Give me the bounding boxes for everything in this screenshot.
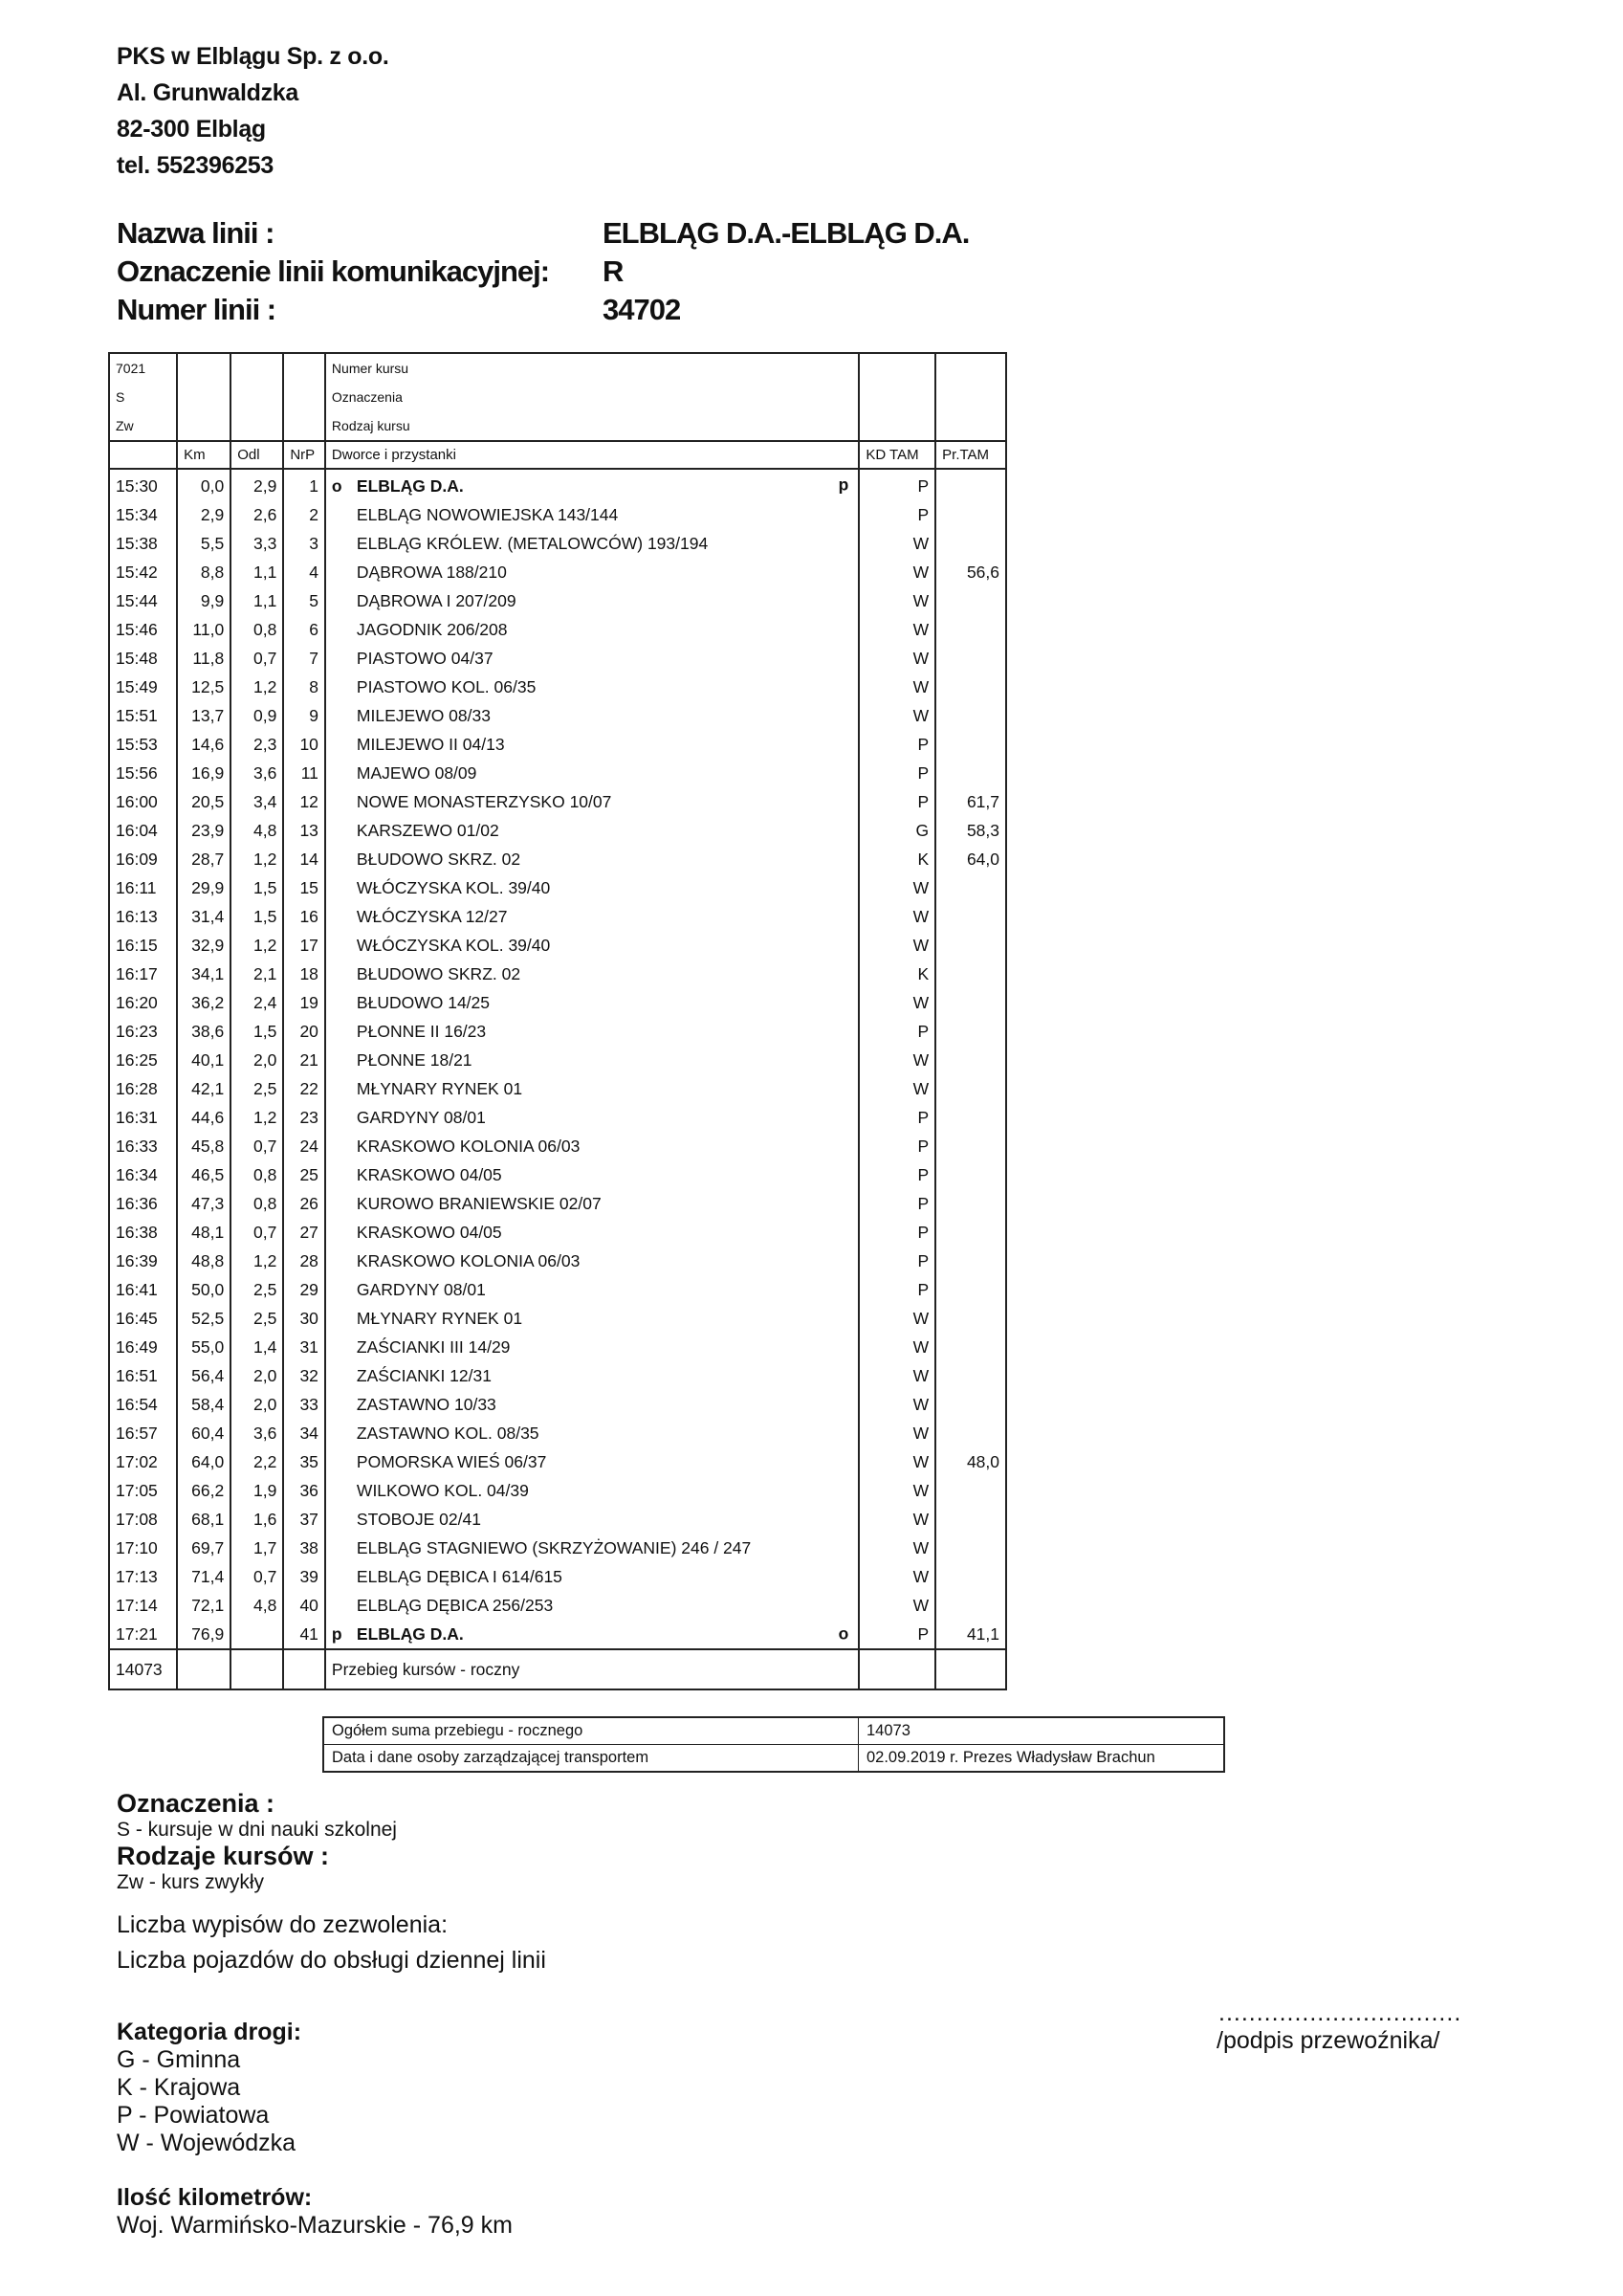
column-headers: Km Odl NrP Dworce i przystanki KD TAM Pr… [109, 441, 1006, 469]
departure-time: 16:34 [109, 1160, 177, 1189]
stop-number: 22 [283, 1074, 325, 1103]
distance: 1,1 [230, 586, 283, 615]
line-name-value: ELBLĄG D.A.-ELBLĄG D.A. [603, 214, 969, 253]
stop-name: KRASKOWO KOLONIA 06/03 [357, 1137, 580, 1157]
stop-cell: KARSZEWO 01/02 [325, 816, 859, 845]
distance: 2,5 [230, 1304, 283, 1333]
stop-name: PŁONNE II 16/23 [357, 1022, 486, 1042]
km: 20,5 [177, 787, 230, 816]
departure-time: 16:49 [109, 1333, 177, 1361]
table-row: 16:0928,71,214BŁUDOWO SKRZ. 02K64,0 [109, 845, 1006, 873]
course-marks: S [109, 383, 177, 411]
stop-cell: ELBLĄG KRÓLEW. (METALOWCÓW) 193/194 [325, 529, 859, 558]
stop-name: ELBLĄG DĘBICA I 614/615 [357, 1567, 562, 1587]
road-category-code: P [859, 787, 935, 816]
stop-number: 11 [283, 759, 325, 787]
departure-time: 15:48 [109, 644, 177, 673]
line-meta: Nazwa linii :ELBLĄG D.A.-ELBLĄG D.A. Ozn… [117, 214, 549, 329]
distance: 1,7 [230, 1534, 283, 1562]
table-row: 16:1331,41,516WŁÓCZYSKA 12/27W [109, 902, 1006, 931]
pr-tam [935, 1275, 1006, 1304]
road-category-code: W [859, 1304, 935, 1333]
departure-time: 16:09 [109, 845, 177, 873]
stop-name: DĄBROWA 188/210 [357, 563, 507, 583]
stop-name: NOWE MONASTERZYSKO 10/07 [357, 792, 611, 812]
table-row: 17:1472,14,840ELBLĄG DĘBICA 256/253W [109, 1591, 1006, 1620]
km: 34,1 [177, 960, 230, 988]
km: 50,0 [177, 1275, 230, 1304]
distance: 4,8 [230, 1591, 283, 1620]
stop-number: 32 [283, 1361, 325, 1390]
distance: 2,9 [230, 469, 283, 500]
stop-name: POMORSKA WIEŚ 06/37 [357, 1452, 546, 1472]
pr-tam [935, 586, 1006, 615]
road-category-code: P [859, 759, 935, 787]
kilometers-title: Ilość kilometrów: [117, 2184, 513, 2212]
table-row: 16:5156,42,032ZAŚCIANKI 12/31W [109, 1361, 1006, 1390]
road-category-code: P [859, 1247, 935, 1275]
km: 11,8 [177, 644, 230, 673]
table-row: 16:4150,02,529GARDYNY 08/01P [109, 1275, 1006, 1304]
table-row: 15:5314,62,310MILEJEWO II 04/13P [109, 730, 1006, 759]
stop-number: 25 [283, 1160, 325, 1189]
pr-tam [935, 1132, 1006, 1160]
stop-name: MŁYNARY RYNEK 01 [357, 1309, 522, 1329]
road-category-code: W [859, 1361, 935, 1390]
stop-name: KRASKOWO KOLONIA 06/03 [357, 1251, 580, 1271]
distance: 1,2 [230, 673, 283, 701]
marks-title: Oznaczenia : [117, 1789, 546, 1819]
stop-cell: ZAŚCIANKI 12/31 [325, 1361, 859, 1390]
signature-label: /podpis przewoźnika/ [1217, 2027, 1461, 2055]
pr-tam [935, 873, 1006, 902]
stop-cell: ELBLĄG STAGNIEWO (SKRZYŻOWANIE) 246 / 24… [325, 1534, 859, 1562]
km: 56,4 [177, 1361, 230, 1390]
line-number-label: Numer linii : [117, 293, 275, 326]
pr-tam [935, 673, 1006, 701]
pr-tam [935, 1591, 1006, 1620]
table-row: 17:1069,71,738ELBLĄG STAGNIEWO (SKRZYŻOW… [109, 1534, 1006, 1562]
km: 44,6 [177, 1103, 230, 1132]
col-km: Km [177, 441, 230, 469]
pr-tam [935, 1304, 1006, 1333]
road-category-code: K [859, 845, 935, 873]
table-row: 16:1532,91,217WŁÓCZYSKA KOL. 39/40W [109, 931, 1006, 960]
road-category-code: W [859, 902, 935, 931]
km: 52,5 [177, 1304, 230, 1333]
departure-time: 15:34 [109, 500, 177, 529]
company-name: PKS w Elblągu Sp. z o.o. [117, 38, 389, 75]
stop-number: 38 [283, 1534, 325, 1562]
table-row: 16:4552,52,530MŁYNARY RYNEK 01W [109, 1304, 1006, 1333]
signature-block: ................................ /podpis… [1217, 1999, 1461, 2055]
road-category-code: W [859, 586, 935, 615]
departure-time: 16:33 [109, 1132, 177, 1160]
departure-time: 16:38 [109, 1218, 177, 1247]
pr-tam [935, 1333, 1006, 1361]
stop-cell: ZASTAWNO KOL. 08/35 [325, 1419, 859, 1447]
departure-time: 16:31 [109, 1103, 177, 1132]
stop-name: WŁÓCZYSKA KOL. 39/40 [357, 936, 550, 956]
road-category-code: G [859, 816, 935, 845]
stop-number: 15 [283, 873, 325, 902]
distance [230, 1620, 283, 1649]
table-row: 16:3144,61,223GARDYNY 08/01P [109, 1103, 1006, 1132]
table-row: 17:1371,40,739ELBLĄG DĘBICA I 614/615W [109, 1562, 1006, 1591]
pr-tam [935, 500, 1006, 529]
stop-number: 27 [283, 1218, 325, 1247]
pr-tam [935, 1160, 1006, 1189]
road-category-code: P [859, 1017, 935, 1046]
pr-tam [935, 469, 1006, 500]
departure-time: 15:44 [109, 586, 177, 615]
vehicles-label: Liczba pojazdów do obsługi dziennej lini… [117, 1947, 546, 1975]
signature-dots: ................................ [1217, 1999, 1461, 2027]
road-category-code: W [859, 1447, 935, 1476]
pr-tam [935, 1476, 1006, 1505]
pr-tam [935, 1419, 1006, 1447]
departure-time: 15:53 [109, 730, 177, 759]
table-row: 17:2176,941pELBLĄG D.A.oP41,1 [109, 1620, 1006, 1649]
road-category-code: W [859, 873, 935, 902]
km: 29,9 [177, 873, 230, 902]
pr-tam [935, 1361, 1006, 1390]
stop-cell: MILEJEWO 08/33 [325, 701, 859, 730]
stop-number: 33 [283, 1390, 325, 1419]
stop-number: 10 [283, 730, 325, 759]
distance: 0,7 [230, 1562, 283, 1591]
km: 5,5 [177, 529, 230, 558]
road-category-code: W [859, 931, 935, 960]
stop-number: 7 [283, 644, 325, 673]
distance: 3,6 [230, 759, 283, 787]
stop-name: ELBLĄG D.A. [357, 476, 464, 497]
km: 76,9 [177, 1620, 230, 1649]
types-title: Rodzaje kursów : [117, 1842, 546, 1871]
departure-time: 16:45 [109, 1304, 177, 1333]
pr-tam [935, 1562, 1006, 1591]
distance: 2,4 [230, 988, 283, 1017]
pr-tam [935, 1247, 1006, 1275]
table-row: 16:4955,01,431ZAŚCIANKI III 14/29W [109, 1333, 1006, 1361]
distance: 2,3 [230, 730, 283, 759]
stop-number: 30 [283, 1304, 325, 1333]
km: 46,5 [177, 1160, 230, 1189]
stop-cell: ELBLĄG NOWOWIEJSKA 143/144 [325, 500, 859, 529]
course-type-label: Rodzaj kursu [325, 411, 859, 441]
table-row: 16:0423,94,813KARSZEWO 01/02G58,3 [109, 816, 1006, 845]
stop-number: 1 [283, 469, 325, 500]
stop-cell: PIASTOWO KOL. 06/35 [325, 673, 859, 701]
table-row: 16:5760,43,634ZASTAWNO KOL. 08/35W [109, 1419, 1006, 1447]
table-row: 15:385,53,33ELBLĄG KRÓLEW. (METALOWCÓW) … [109, 529, 1006, 558]
stop-name: JAGODNIK 206/208 [357, 620, 508, 640]
departure-time: 17:21 [109, 1620, 177, 1649]
road-category-code: P [859, 469, 935, 500]
stop-number: 37 [283, 1505, 325, 1534]
pr-tam [935, 1218, 1006, 1247]
distance: 1,4 [230, 1333, 283, 1361]
km: 64,0 [177, 1447, 230, 1476]
stop-number: 17 [283, 931, 325, 960]
pr-tam [935, 730, 1006, 759]
table-row: 16:2540,12,021PŁONNE 18/21W [109, 1046, 1006, 1074]
stop-number: 24 [283, 1132, 325, 1160]
distance: 2,1 [230, 960, 283, 988]
stop-name: WŁÓCZYSKA 12/27 [357, 907, 508, 927]
road-category-title: Kategoria drogi: [117, 2019, 513, 2046]
company-street: Al. Grunwaldzka [117, 75, 389, 111]
stop-name: KUROWO BRANIEWSKIE 02/07 [357, 1194, 602, 1214]
table-row: 16:1734,12,118BŁUDOWO SKRZ. 02K [109, 960, 1006, 988]
departure-time: 17:14 [109, 1591, 177, 1620]
stop-marker-after: o [839, 1624, 849, 1645]
stop-number: 23 [283, 1103, 325, 1132]
stop-number: 12 [283, 787, 325, 816]
course-number-label: Numer kursu [325, 353, 859, 383]
table-row: 16:0020,53,412NOWE MONASTERZYSKO 10/07P6… [109, 787, 1006, 816]
km: 48,8 [177, 1247, 230, 1275]
distance: 2,0 [230, 1390, 283, 1419]
km: 60,4 [177, 1419, 230, 1447]
stop-name: WŁÓCZYSKA KOL. 39/40 [357, 878, 550, 898]
departure-time: 17:05 [109, 1476, 177, 1505]
total-mileage-value: 14073 [859, 1717, 1225, 1745]
departure-time: 17:02 [109, 1447, 177, 1476]
road-category-item: G - Gminna [117, 2046, 513, 2074]
km: 66,2 [177, 1476, 230, 1505]
stop-number: 41 [283, 1620, 325, 1649]
stop-cell: pELBLĄG D.A.o [325, 1620, 859, 1649]
stop-number: 4 [283, 558, 325, 586]
distance: 0,8 [230, 615, 283, 644]
pr-tam [935, 1505, 1006, 1534]
departure-time: 16:04 [109, 816, 177, 845]
road-category-code: P [859, 1218, 935, 1247]
stop-cell: PŁONNE II 16/23 [325, 1017, 859, 1046]
distance: 0,8 [230, 1160, 283, 1189]
pr-tam [935, 644, 1006, 673]
km: 48,1 [177, 1218, 230, 1247]
km: 13,7 [177, 701, 230, 730]
course-number: 7021 [109, 353, 177, 383]
stop-cell: BŁUDOWO 14/25 [325, 988, 859, 1017]
col-nrp: NrP [283, 441, 325, 469]
pr-tam: 61,7 [935, 787, 1006, 816]
stop-cell: WŁÓCZYSKA 12/27 [325, 902, 859, 931]
road-category-code: W [859, 1419, 935, 1447]
stop-cell: ZAŚCIANKI III 14/29 [325, 1333, 859, 1361]
pr-tam [935, 1046, 1006, 1074]
road-category-code: W [859, 1591, 935, 1620]
pr-tam [935, 1103, 1006, 1132]
stop-marker-after: p [839, 475, 849, 496]
stop-number: 2 [283, 500, 325, 529]
stop-name: PIASTOWO KOL. 06/35 [357, 677, 536, 697]
col-kd-tam: KD TAM [859, 441, 935, 469]
types-item: Zw - kurs zwykły [117, 1871, 546, 1894]
pr-tam: 41,1 [935, 1620, 1006, 1649]
stop-cell: WŁÓCZYSKA KOL. 39/40 [325, 931, 859, 960]
departure-time: 15:38 [109, 529, 177, 558]
stop-cell: GARDYNY 08/01 [325, 1275, 859, 1304]
stop-name: BŁUDOWO SKRZ. 02 [357, 850, 520, 870]
table-row: 16:2036,22,419BŁUDOWO 14/25W [109, 988, 1006, 1017]
stop-name: STOBOJE 02/41 [357, 1510, 481, 1530]
pr-tam: 48,0 [935, 1447, 1006, 1476]
line-name-label: Nazwa linii : [117, 216, 274, 250]
stop-cell: ZASTAWNO 10/33 [325, 1390, 859, 1419]
pr-tam [935, 1074, 1006, 1103]
distance: 2,6 [230, 500, 283, 529]
table-row: 16:1129,91,515WŁÓCZYSKA KOL. 39/40W [109, 873, 1006, 902]
table-row: 15:4912,51,28PIASTOWO KOL. 06/35W [109, 673, 1006, 701]
stop-cell: BŁUDOWO SKRZ. 02 [325, 960, 859, 988]
km: 2,9 [177, 500, 230, 529]
km: 55,0 [177, 1333, 230, 1361]
pr-tam: 58,3 [935, 816, 1006, 845]
stop-number: 9 [283, 701, 325, 730]
company-city: 82-300 Elbląg [117, 111, 389, 147]
pr-tam [935, 960, 1006, 988]
pr-tam [935, 759, 1006, 787]
stop-name: KARSZEWO 01/02 [357, 821, 499, 841]
stop-name: DĄBROWA I 207/209 [357, 591, 516, 611]
distance: 1,2 [230, 1247, 283, 1275]
distance: 2,5 [230, 1074, 283, 1103]
table-row: 15:5616,93,611MAJEWO 08/09P [109, 759, 1006, 787]
stop-cell: WILKOWO KOL. 04/39 [325, 1476, 859, 1505]
table-row: 15:4811,80,77PIASTOWO 04/37W [109, 644, 1006, 673]
road-category-code: W [859, 988, 935, 1017]
pr-tam [935, 1534, 1006, 1562]
road-category-code: W [859, 1476, 935, 1505]
departure-time: 16:17 [109, 960, 177, 988]
departure-time: 15:30 [109, 469, 177, 500]
table-row: 16:3647,30,826KUROWO BRANIEWSKIE 02/07P [109, 1189, 1006, 1218]
road-category: Kategoria drogi: G - Gminna K - Krajowa … [117, 2019, 513, 2240]
annual-mileage-value: 14073 [109, 1649, 177, 1689]
road-category-code: P [859, 1132, 935, 1160]
departure-time: 16:51 [109, 1361, 177, 1390]
road-category-code: W [859, 1074, 935, 1103]
departure-time: 16:23 [109, 1017, 177, 1046]
stop-number: 39 [283, 1562, 325, 1591]
stop-cell: ELBLĄG DĘBICA 256/253 [325, 1591, 859, 1620]
departure-time: 16:20 [109, 988, 177, 1017]
table-row: 16:3345,80,724KRASKOWO KOLONIA 06/03P [109, 1132, 1006, 1160]
km: 68,1 [177, 1505, 230, 1534]
km: 8,8 [177, 558, 230, 586]
road-category-code: K [859, 960, 935, 988]
stop-number: 36 [283, 1476, 325, 1505]
distance: 0,9 [230, 701, 283, 730]
stop-name: ELBLĄG D.A. [357, 1624, 464, 1645]
distance: 2,5 [230, 1275, 283, 1304]
km: 31,4 [177, 902, 230, 931]
stop-number: 31 [283, 1333, 325, 1361]
stop-name: GARDYNY 08/01 [357, 1280, 486, 1300]
line-number-value: 34702 [603, 291, 680, 329]
road-category-code: W [859, 1333, 935, 1361]
distance: 4,8 [230, 816, 283, 845]
km: 71,4 [177, 1562, 230, 1591]
km: 47,3 [177, 1189, 230, 1218]
departure-time: 16:28 [109, 1074, 177, 1103]
table-row: 16:3948,81,228KRASKOWO KOLONIA 06/03P [109, 1247, 1006, 1275]
stop-name: PIASTOWO 04/37 [357, 649, 493, 669]
road-category-code: P [859, 1160, 935, 1189]
km: 72,1 [177, 1591, 230, 1620]
road-category-code: P [859, 500, 935, 529]
stop-cell: KUROWO BRANIEWSKIE 02/07 [325, 1189, 859, 1218]
departure-time: 16:39 [109, 1247, 177, 1275]
road-category-item: P - Powiatowa [117, 2102, 513, 2130]
km: 16,9 [177, 759, 230, 787]
distance: 1,5 [230, 873, 283, 902]
stop-name: ELBLĄG STAGNIEWO (SKRZYŻOWANIE) 246 / 24… [357, 1538, 751, 1558]
pr-tam [935, 988, 1006, 1017]
col-stops: Dworce i przystanki [325, 441, 859, 469]
distance: 1,9 [230, 1476, 283, 1505]
col-time [109, 441, 177, 469]
distance: 0,7 [230, 1132, 283, 1160]
stop-cell: KRASKOWO 04/05 [325, 1160, 859, 1189]
summary-table: Ogółem suma przebiegu - rocznego14073 Da… [322, 1716, 1225, 1773]
stop-name: BŁUDOWO SKRZ. 02 [357, 964, 520, 984]
departure-time: 16:11 [109, 873, 177, 902]
road-category-code: P [859, 1189, 935, 1218]
stop-number: 3 [283, 529, 325, 558]
stop-name: ZASTAWNO 10/33 [357, 1395, 496, 1415]
distance: 1,5 [230, 902, 283, 931]
distance: 2,0 [230, 1046, 283, 1074]
stop-number: 8 [283, 673, 325, 701]
km: 45,8 [177, 1132, 230, 1160]
km: 58,4 [177, 1390, 230, 1419]
stop-number: 26 [283, 1189, 325, 1218]
pr-tam [935, 701, 1006, 730]
stop-marker-before: o [332, 476, 357, 497]
distance: 3,3 [230, 529, 283, 558]
pr-tam [935, 1189, 1006, 1218]
departure-time: 17:13 [109, 1562, 177, 1591]
km: 36,2 [177, 988, 230, 1017]
stop-name: MAJEWO 08/09 [357, 763, 476, 784]
table-row: 15:4611,00,86JAGODNIK 206/208W [109, 615, 1006, 644]
company-phone: tel. 552396253 [117, 147, 389, 184]
distance: 1,2 [230, 845, 283, 873]
stop-number: 20 [283, 1017, 325, 1046]
km: 23,9 [177, 816, 230, 845]
km: 28,7 [177, 845, 230, 873]
km: 32,9 [177, 931, 230, 960]
table-row: 15:428,81,14DĄBROWA 188/210W56,6 [109, 558, 1006, 586]
distance: 2,0 [230, 1361, 283, 1390]
km: 40,1 [177, 1046, 230, 1074]
road-category-code: P [859, 1275, 935, 1304]
stop-cell: GARDYNY 08/01 [325, 1103, 859, 1132]
course-marks-label: Oznaczenia [325, 383, 859, 411]
departure-time: 15:51 [109, 701, 177, 730]
distance: 3,4 [230, 787, 283, 816]
road-category-code: W [859, 1505, 935, 1534]
legend: Oznaczenia : S - kursuje w dni nauki szk… [117, 1789, 546, 1975]
stop-marker-before: p [332, 1624, 357, 1645]
pr-tam [935, 931, 1006, 960]
stop-name: ZAŚCIANKI 12/31 [357, 1366, 492, 1386]
stop-number: 14 [283, 845, 325, 873]
